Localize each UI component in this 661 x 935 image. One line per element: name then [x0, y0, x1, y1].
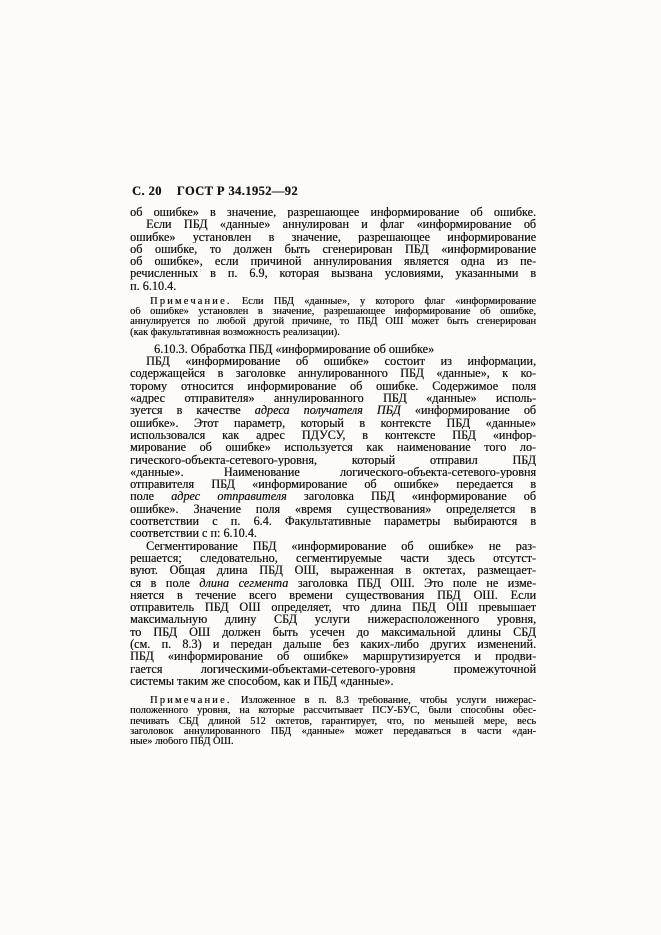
- text-line: соответствии с п. 6.4. Факультативные па…: [130, 515, 536, 527]
- text-line: поле адрес отправителя заголовка ПБД «ин…: [130, 490, 536, 502]
- text-line: об ошибке» в значение, разрешающее инфор…: [130, 206, 536, 218]
- text-line: системы таким же способом, как и ПБД «да…: [130, 675, 536, 687]
- text-segment: содержащейся в заголовке аннулированного…: [130, 367, 536, 379]
- note-block: Примечание. Изложенное в п. 8.3 требован…: [130, 696, 536, 747]
- text-segment: Если ПБД «данные» аннулирован и флаг «ин…: [146, 218, 536, 230]
- text-segment: максимальную длину СБД услуги нижераспол…: [130, 613, 536, 625]
- text-line: ПБД «информирование об ошибке» состоит и…: [130, 355, 536, 367]
- text-line: положенного уровня, на которые рассчитыв…: [130, 706, 536, 716]
- text-line: мирование об ошибке» используется как на…: [130, 441, 536, 453]
- text-segment: решается; следовательно, сегментируемые …: [130, 552, 536, 564]
- text-segment: использовался как адрес ПДУСУ, в контекс…: [130, 429, 536, 441]
- text-segment: Сегментирование ПБД «информирование об о…: [146, 540, 536, 552]
- text-segment: (см. п. 8.3) и передан дальше без каких-…: [130, 638, 536, 650]
- text-segment: «адрес отправителя» аннулированного ПБД …: [130, 392, 536, 404]
- text-segment: ПБД «информирование об ошибке» маршрутиз…: [130, 650, 536, 662]
- text-segment: печивать СБД длиной 512 октетов, гаранти…: [130, 717, 536, 727]
- text-line: речисленных в п. 6.9, которая вызвана ус…: [130, 267, 536, 279]
- text-segment: 6.10.3. Обработка ПБД «информирование об…: [154, 343, 434, 355]
- text-line: отправителя ПБД «информирование об ошибк…: [130, 478, 536, 490]
- text-segment: соответствии с п: 6.10.4.: [130, 527, 257, 539]
- text-segment: об ошибке», если причиной аннулирования …: [130, 255, 536, 267]
- text-line: Примечание. Изложенное в п. 8.3 требован…: [130, 696, 536, 706]
- text-line: Примечание. Если ПБД «данные», у которог…: [130, 297, 536, 307]
- text-segment: ошибке». Этот параметр, который в контек…: [130, 417, 536, 429]
- text-line: Сегментирование ПБД «информирование об о…: [130, 540, 536, 552]
- text-line: печивать СБД длиной 512 октетов, гаранти…: [130, 717, 536, 727]
- text-line: зуется в качестве адреса получателя ПБД …: [130, 404, 536, 416]
- text-line: няется в течение всего времени существов…: [130, 589, 536, 601]
- text-segment: об ошибке» установлен в значение, разреш…: [130, 307, 536, 317]
- text-segment: гического-объекта-сетевого-уровня, котор…: [130, 454, 536, 466]
- text-line: гается логическими-объектами-сетевого-ур…: [130, 663, 536, 675]
- document-number: ГОСТ Р 34.1952—92: [177, 184, 298, 199]
- document-page: С. 20 ГОСТ Р 34.1952—92 об ошибке» в зна…: [0, 0, 661, 935]
- text-line: решается; следовательно, сегментируемые …: [130, 552, 536, 564]
- text-segment: Изложенное в п. 8.3 требование, чтобы ус…: [232, 696, 536, 706]
- text-line: об ошибке, то должен быть сгенерирован П…: [130, 243, 536, 255]
- text-column: об ошибке» в значение, разрешающее инфор…: [130, 206, 536, 747]
- text-segment-italic: адрес отправителя: [171, 490, 287, 502]
- text-segment-spaced: Примечание.: [150, 696, 232, 706]
- text-line: вуют. Общая длина ПБД ОШ, выраженная в о…: [130, 564, 536, 576]
- text-line: ся в поле длина сегмента заголовка ПБД О…: [130, 577, 536, 589]
- text-line: (как факультативная возможность реализац…: [130, 328, 536, 338]
- text-line: использовался как адрес ПДУСУ, в контекс…: [130, 429, 536, 441]
- text-segment: ошибке» установлен в значение, разрешающ…: [130, 231, 536, 243]
- text-segment: няется в течение всего времени существов…: [130, 589, 536, 601]
- text-line: то ПБД ОШ должен быть усечен до максимал…: [130, 626, 536, 638]
- text-segment: вуют. Общая длина ПБД ОШ, выраженная в о…: [130, 564, 536, 576]
- text-line: ПБД «информирование об ошибке» маршрутиз…: [130, 650, 536, 662]
- page-header: С. 20 ГОСТ Р 34.1952—92: [132, 184, 298, 199]
- text-segment: мирование об ошибке» используется как на…: [130, 441, 536, 453]
- paragraph: Сегментирование ПБД «информирование об о…: [130, 540, 536, 688]
- text-line: «данные». Наименование логического-объек…: [130, 466, 536, 478]
- text-segment-italic: адреса получателя ПБД: [255, 404, 401, 416]
- text-line: (см. п. 8.3) и передан дальше без каких-…: [130, 638, 536, 650]
- text-segment: Если ПБД «данные», у которого флаг «инфо…: [232, 297, 536, 307]
- text-segment: отправитель ПБД ОШ определяет, что длина…: [130, 601, 536, 613]
- text-line: об ошибке» установлен в значение, разреш…: [130, 307, 536, 317]
- text-segment: системы таким же способом, как и ПБД «да…: [130, 675, 393, 687]
- text-line: гического-объекта-сетевого-уровня, котор…: [130, 454, 536, 466]
- text-segment: «информирование об: [401, 404, 536, 416]
- text-line: содержащейся в заголовке аннулированного…: [130, 367, 536, 379]
- text-segment: то ПБД ОШ должен быть усечен до максимал…: [130, 626, 536, 638]
- paragraph: об ошибке» в значение, разрешающее инфор…: [130, 206, 536, 218]
- text-line: Если ПБД «данные» аннулирован и флаг «ин…: [130, 218, 536, 230]
- text-segment: ПБД «информирование об ошибке» состоит и…: [146, 355, 536, 367]
- text-segment: зуется в качестве: [130, 404, 255, 416]
- paragraph: ПБД «информирование об ошибке» состоит и…: [130, 355, 536, 539]
- text-segment: положенного уровня, на которые рассчитыв…: [130, 706, 536, 716]
- text-segment: поле: [130, 490, 171, 502]
- paragraph: Если ПБД «данные» аннулирован и флаг «ин…: [130, 218, 536, 292]
- text-line: аннулируется по любой другой причине, то…: [130, 317, 536, 327]
- text-segment: «данные». Наименование логического-объек…: [130, 466, 536, 478]
- text-segment: отправителя ПБД «информирование об ошибк…: [130, 478, 536, 490]
- text-segment: ные» любого ПБД ОШ.: [130, 737, 234, 747]
- text-line: отправитель ПБД ОШ определяет, что длина…: [130, 601, 536, 613]
- text-segment: заголовка ПБД ОШ. Это поле не изме-: [288, 577, 536, 589]
- text-segment: гается логическими-объектами-сетевого-ур…: [130, 663, 536, 675]
- text-segment: соответствии с п. 6.4. Факультативные па…: [130, 515, 536, 527]
- text-line: торому относится информирование об ошибк…: [130, 380, 536, 392]
- page-number: С. 20: [132, 184, 162, 199]
- text-segment: об ошибке, то должен быть сгенерирован П…: [130, 243, 536, 255]
- text-line: «адрес отправителя» аннулированного ПБД …: [130, 392, 536, 404]
- text-line: п. 6.10.4.: [130, 280, 536, 292]
- text-segment: заголовок аннулированного ПБД «данные» м…: [130, 727, 536, 737]
- text-segment: об ошибке» в значение, разрешающее инфор…: [130, 206, 536, 218]
- text-segment: аннулируется по любой другой причине, то…: [130, 317, 536, 327]
- text-line: ошибке» установлен в значение, разрешающ…: [130, 231, 536, 243]
- section-heading: 6.10.3. Обработка ПБД «информирование об…: [130, 343, 536, 355]
- text-segment-spaced: Примечание.: [150, 297, 232, 307]
- text-segment: речисленных в п. 6.9, которая вызвана ус…: [130, 267, 536, 279]
- note-block: Примечание. Если ПБД «данные», у которог…: [130, 297, 536, 338]
- text-segment: ошибке». Значение поля «время существова…: [130, 503, 536, 515]
- text-segment: п. 6.10.4.: [130, 280, 176, 292]
- text-segment: ся в поле: [130, 577, 199, 589]
- text-segment: заголовка ПБД «информирование об: [287, 490, 536, 502]
- text-line: об ошибке», если причиной аннулирования …: [130, 255, 536, 267]
- text-line: ошибке». Значение поля «время существова…: [130, 503, 536, 515]
- text-line: заголовок аннулированного ПБД «данные» м…: [130, 727, 536, 737]
- text-segment: (как факультативная возможность реализац…: [130, 328, 340, 338]
- text-segment-italic: длина сегмента: [199, 577, 288, 589]
- text-line: 6.10.3. Обработка ПБД «информирование об…: [130, 343, 536, 355]
- text-line: ные» любого ПБД ОШ.: [130, 737, 536, 747]
- text-segment: торому относится информирование об ошибк…: [130, 380, 536, 392]
- text-line: максимальную длину СБД услуги нижераспол…: [130, 613, 536, 625]
- text-line: соответствии с п: 6.10.4.: [130, 527, 536, 539]
- text-line: ошибке». Этот параметр, который в контек…: [130, 417, 536, 429]
